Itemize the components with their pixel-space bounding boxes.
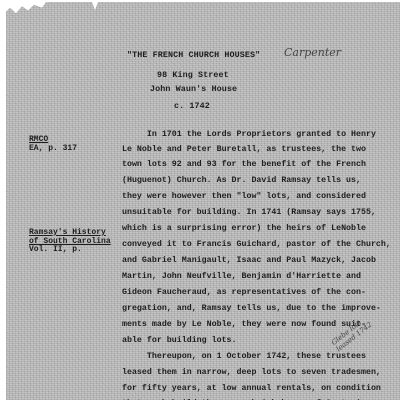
margin-citation-rmco: RMCO EA, p. 317: [29, 136, 77, 153]
margin-line: EA, p. 317: [29, 145, 77, 154]
body-line: and Gabriel Manigault, Isaac and Paul Ma…: [122, 256, 376, 265]
body-line: which is a surprising error) the heirs o…: [122, 224, 366, 233]
street-address: 98 King Street: [157, 70, 229, 80]
torn-corner: [6, 2, 46, 16]
body-line: able for building lots.: [122, 336, 237, 345]
torn-notch: [92, 2, 98, 10]
body-line: Le Noble and Peter Buretall, as trustees…: [122, 145, 366, 154]
body-line: leased them in narrow, deep lots to seve…: [122, 368, 381, 377]
body-line: unsuitable for building. In 1741 (Ramsay…: [122, 208, 376, 217]
document-page: "THE FRENCH CHURCH HOUSES" 98 King Stree…: [6, 2, 400, 400]
document-title: "THE FRENCH CHURCH HOUSES": [127, 50, 260, 60]
body-line: Gideon Faucheraud, as representatives of…: [122, 288, 366, 297]
body-line: Martin, John Neufville, Benjamin d'Harri…: [122, 272, 361, 281]
body-line: conveyed it to Francis Guichard, pastor …: [122, 240, 391, 249]
body-line: gregation, and, Ramsay tells us, due to …: [122, 304, 381, 313]
body-line: (Huguenot) Church. As Dr. David Ramsay t…: [122, 176, 361, 185]
body-line: ments made by Le Noble, they were now fo…: [122, 320, 366, 329]
house-name: John Waun's House: [150, 84, 237, 94]
body-line: town lots 92 and 93 for the benefit of t…: [122, 160, 366, 169]
margin-citation-ramsay: Ramsay's History of South Carolina Vol. …: [29, 229, 111, 255]
handwritten-note-side: Glebe lots leased 1742: [330, 307, 383, 353]
body-line: they were however then "low" lots, and c…: [122, 192, 366, 201]
body-line: for fifty years, at low annual rentals, …: [122, 384, 381, 393]
handwritten-note-top: Carpenter: [284, 46, 341, 59]
margin-line: Vol. II, p.: [29, 246, 111, 255]
date-line: c. 1742: [174, 101, 210, 111]
body-line: In 1701 the Lords Proprietors granted to…: [122, 130, 376, 139]
body-line: Thereupon, on 1 October 1742, these trus…: [122, 352, 366, 361]
